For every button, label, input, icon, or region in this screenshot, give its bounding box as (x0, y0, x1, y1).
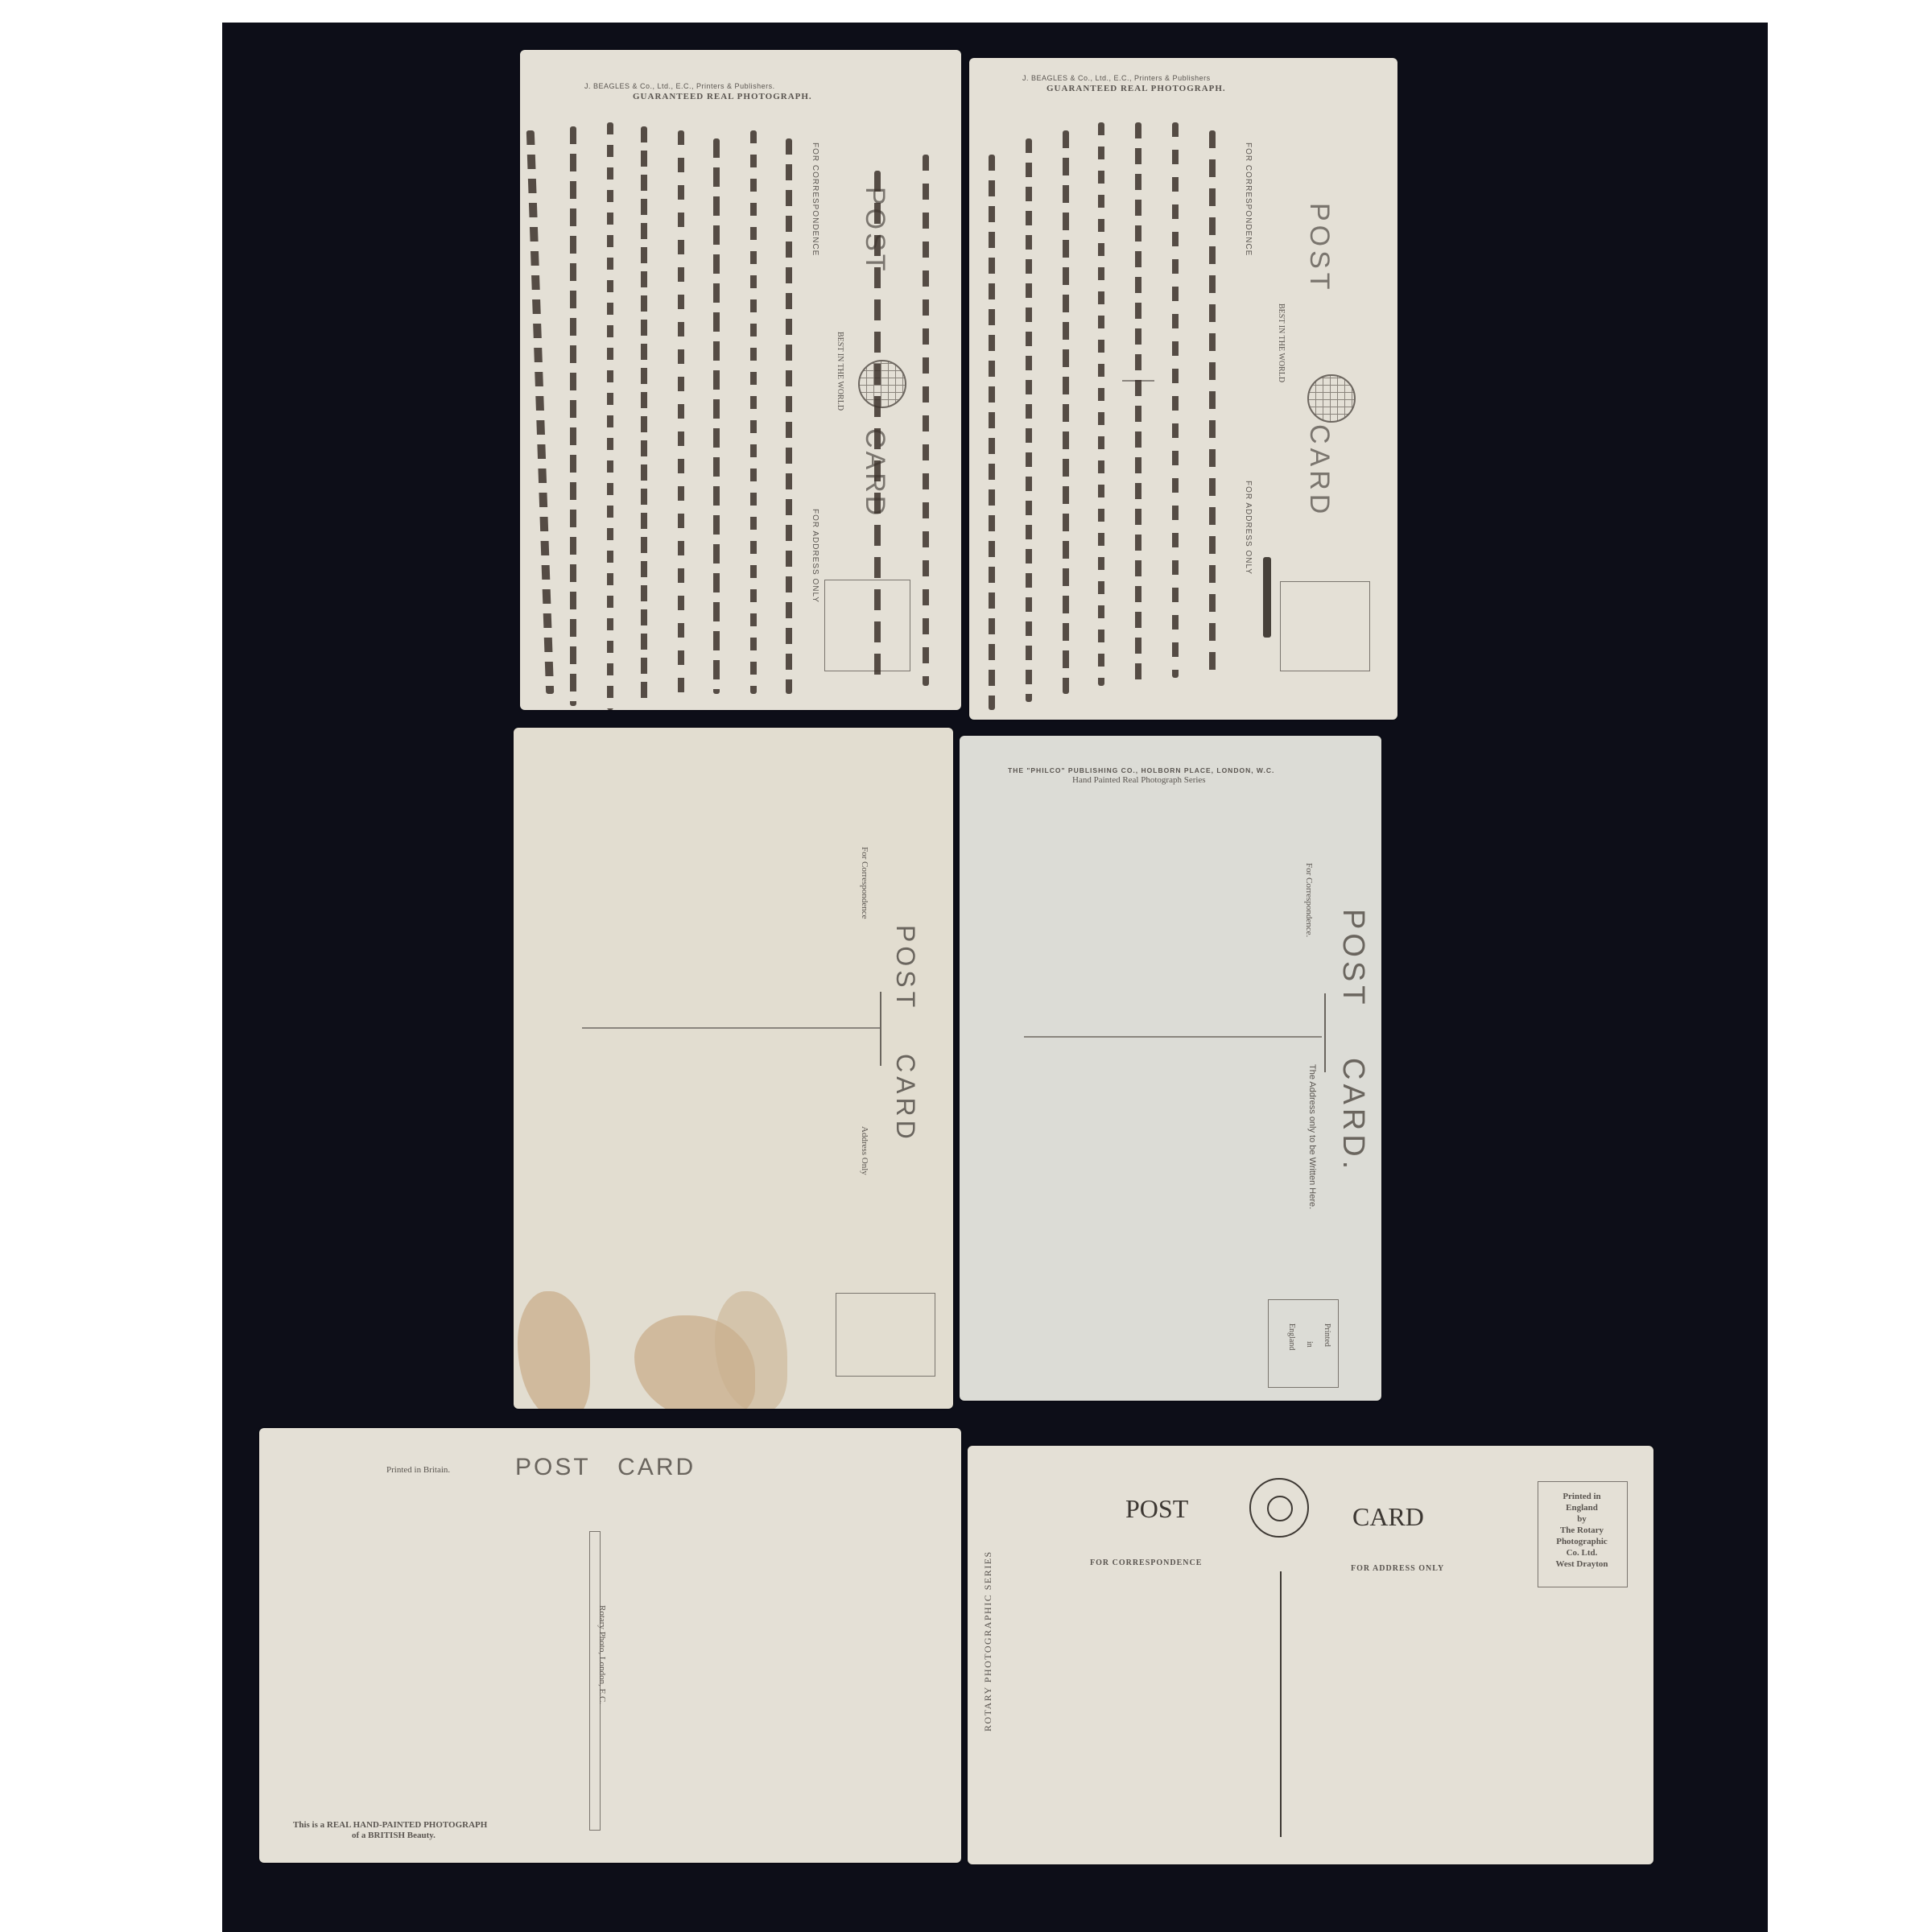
center-divider (1280, 1571, 1282, 1837)
post-title: POST (1303, 203, 1335, 294)
postcard-beagles-1: J. BEAGLES & Co., Ltd., E.C., Printers &… (520, 50, 961, 710)
correspondence-line (1024, 1036, 1322, 1038)
card-title: CARD (1303, 424, 1335, 518)
postcard-plain-3: For Correspondence POST CARD Address Onl… (514, 728, 953, 1409)
stamp-line: Photographic (1541, 1536, 1623, 1547)
rotary-photo-logo-icon (1249, 1478, 1309, 1538)
stamp-box-text: Printed in England by The Rotary Photogr… (1541, 1491, 1623, 1570)
right-label: The Address only to be Written Here. (1307, 1064, 1317, 1209)
slogan: BEST IN THE WORLD (1277, 303, 1286, 382)
handwriting (874, 171, 881, 686)
publisher-line: THE "PHILCO" PUBLISHING CO., HOLBORN PLA… (1008, 766, 1274, 774)
right-label: Address Only (860, 1126, 869, 1175)
left-label: FOR CORRESPONDENCE (1244, 142, 1253, 256)
handwriting (750, 130, 757, 694)
handwriting (989, 155, 995, 710)
post-title: POST (890, 925, 920, 1011)
title-divider (1324, 993, 1326, 1072)
card-title: CARD. (1335, 1058, 1370, 1173)
handwriting (1209, 130, 1216, 678)
postcard-rotary-6: POST CARD FOR CORRESPONDENCE FOR ADDRESS… (968, 1446, 1653, 1864)
stamp-box (1280, 581, 1370, 671)
right-label: FOR ADDRESS ONLY (1351, 1564, 1444, 1573)
handwriting (526, 130, 554, 694)
stamp-box-text: in (1305, 1341, 1314, 1348)
right-label: FOR ADDRESS ONLY (1244, 481, 1253, 575)
right-label: FOR ADDRESS ONLY (811, 509, 819, 603)
publisher-line: J. BEAGLES & Co., Ltd., E.C., Printers &… (1022, 74, 1211, 82)
water-stain (518, 1291, 590, 1409)
handwriting (1135, 122, 1141, 686)
title-divider (880, 992, 881, 1066)
stamp-line: Printed in (1541, 1491, 1623, 1502)
slogan: BEST IN THE WORLD (836, 332, 844, 411)
left-label: FOR CORRESPONDENCE (1090, 1558, 1202, 1567)
publisher-line: J. BEAGLES & Co., Ltd., E.C., Printers &… (584, 82, 775, 90)
card-title: CARD (890, 1054, 920, 1143)
left-label: For Correspondence. (1304, 863, 1314, 937)
stamp-line: England (1541, 1502, 1623, 1513)
beagles-globe-logo-icon (1307, 374, 1356, 423)
subtitle: GUARANTEED REAL PHOTOGRAPH. (633, 92, 812, 101)
handwriting (1172, 122, 1179, 678)
postcard-beagles-2: J. BEAGLES & Co., Ltd., E.C., Printers &… (969, 58, 1397, 720)
card-title: CARD (1352, 1502, 1424, 1532)
subtitle: Hand Painted Real Photograph Series (1072, 775, 1206, 785)
handwriting (1026, 138, 1032, 702)
handwriting (678, 130, 684, 694)
post-card-title: POST CARD (515, 1454, 696, 1481)
postcard-philco-4: THE "PHILCO" PUBLISHING CO., HOLBORN PLA… (960, 736, 1381, 1401)
post-title: POST (1125, 1494, 1188, 1524)
handwriting (786, 138, 792, 694)
stamp-box (836, 1293, 935, 1377)
handwriting (713, 138, 720, 694)
footer-line-2: of a BRITISH Beauty. (352, 1831, 436, 1840)
stamp-line: West Drayton (1541, 1558, 1623, 1570)
handwriting (570, 126, 576, 706)
printed-in: Printed in Britain. (386, 1465, 450, 1475)
left-label: FOR CORRESPONDENCE (811, 142, 819, 256)
correspondence-line (582, 1027, 880, 1029)
subtitle: GUARANTEED REAL PHOTOGRAPH. (1046, 84, 1226, 93)
stamp-line: The Rotary (1541, 1525, 1623, 1536)
post-title: POST (1335, 909, 1370, 1008)
stamp-box (824, 580, 910, 671)
handwriting (641, 126, 647, 706)
handwriting (1063, 130, 1069, 694)
handwriting (607, 122, 613, 710)
stamp-box-text: Printed (1323, 1323, 1331, 1347)
postcard-rotary-5: Printed in Britain. POST CARD Rotary Pho… (259, 1428, 961, 1863)
handwriting (1098, 122, 1104, 686)
footer-line-1: This is a REAL HAND-PAINTED PHOTOGRAPH (293, 1820, 487, 1830)
handwriting (1263, 557, 1271, 638)
beagles-globe-logo-icon (858, 360, 906, 408)
divider-text: Rotary Photo, London, E.C. (597, 1605, 607, 1704)
stamp-box-text: England (1287, 1323, 1296, 1350)
side-text: ROTARY PHOTOGRAPHIC SERIES (982, 1550, 994, 1732)
stamp-line: Co. Ltd. (1541, 1547, 1623, 1558)
stamp-line: by (1541, 1513, 1623, 1525)
left-label: For Correspondence (860, 847, 869, 919)
handwriting (923, 155, 929, 686)
